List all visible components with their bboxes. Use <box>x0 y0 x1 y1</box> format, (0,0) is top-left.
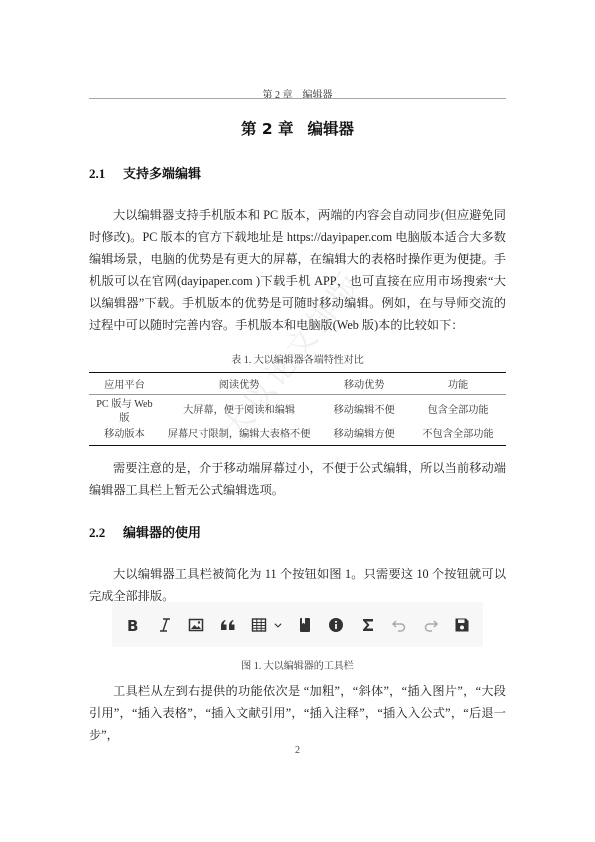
paragraph-toolbar-description: 工具栏从左到右提供的功能依次是 “加粗”，“斜体”，“插入图片”，“大段引用”，… <box>89 680 506 746</box>
insert-table-button[interactable] <box>248 614 270 636</box>
insert-formula-button[interactable] <box>357 614 379 636</box>
table-header: 移动优势 <box>318 373 410 395</box>
section-heading-2-2: 2.2编辑器的使用 <box>89 522 201 541</box>
blockquote-button[interactable] <box>217 614 239 636</box>
table-cell: 大屏幕，便于阅读和编辑 <box>160 395 318 428</box>
image-icon <box>188 617 204 633</box>
table-row: 移动版本 屏幕尺寸限制，编辑大表格不便 移动编辑方便 不包含全部功能 <box>89 427 506 446</box>
section-number: 2.1 <box>89 166 123 182</box>
paragraph-toolbar-intro: 大以编辑器工具栏被简化为 11 个按钮如图 1。只需要这 10 个按钮就可以完成… <box>89 563 506 607</box>
table-cell: PC 版与 Web 版 <box>89 395 160 428</box>
table-cell: 屏幕尺寸限制，编辑大表格不便 <box>160 427 318 446</box>
table-caption: 表 1. 大以编辑器各端特性对比 <box>0 351 595 366</box>
quote-icon <box>220 617 236 633</box>
table-header: 阅读优势 <box>160 373 318 395</box>
table-dropdown-button[interactable] <box>272 614 284 636</box>
figure-caption: 图 1. 大以编辑器的工具栏 <box>0 657 595 672</box>
page-number: 2 <box>0 745 595 756</box>
table-cell: 移动编辑不便 <box>318 395 410 428</box>
italic-button[interactable] <box>154 614 176 636</box>
insert-citation-button[interactable] <box>294 614 316 636</box>
table-header: 应用平台 <box>89 373 160 395</box>
svg-text:B: B <box>127 617 138 633</box>
chapter-number: 第 2 章 <box>241 120 294 138</box>
section-heading-2-1: 2.1支持多端编辑 <box>89 163 201 182</box>
table-cell: 移动编辑方便 <box>318 427 410 446</box>
italic-icon <box>157 617 173 633</box>
undo-button[interactable] <box>388 614 410 636</box>
section-title: 编辑器的使用 <box>123 526 201 541</box>
insert-image-button[interactable] <box>185 614 207 636</box>
table-cell: 移动版本 <box>89 427 160 446</box>
save-button[interactable] <box>451 614 473 636</box>
chapter-title: 第 2 章编辑器 <box>0 117 595 139</box>
undo-icon <box>391 617 407 633</box>
save-icon <box>454 617 470 633</box>
paragraph-intro: 大以编辑器支持手机版本和 PC 版本，两端的内容会自动同步(但应避免同时修改)。… <box>89 204 506 336</box>
bold-button[interactable]: B <box>122 614 144 636</box>
comparison-table: 应用平台 阅读优势 移动优势 功能 PC 版与 Web 版 大屏幕，便于阅读和编… <box>89 372 506 446</box>
redo-icon <box>423 617 439 633</box>
info-icon <box>328 617 344 633</box>
redo-button[interactable] <box>420 614 442 636</box>
bold-icon: B <box>125 617 141 633</box>
book-icon <box>297 617 313 633</box>
table-cell: 包含全部功能 <box>410 395 506 428</box>
sigma-icon <box>360 617 376 633</box>
insert-note-button[interactable] <box>325 614 347 636</box>
editor-toolbar-figure: B <box>112 602 483 647</box>
table-icon <box>251 617 267 633</box>
section-number: 2.2 <box>89 525 123 541</box>
table-row: PC 版与 Web 版 大屏幕，便于阅读和编辑 移动编辑不便 包含全部功能 <box>89 395 506 428</box>
section-title: 支持多端编辑 <box>123 167 201 182</box>
table-header: 功能 <box>410 373 506 395</box>
chevron-down-icon <box>273 620 283 630</box>
chapter-name: 编辑器 <box>308 120 355 138</box>
paragraph-note: 需要注意的是，介于移动端屏幕过小，不便于公式编辑，所以当前移动端编辑器工具栏上暂… <box>89 457 506 501</box>
header-rule <box>89 98 506 99</box>
table-cell: 不包含全部功能 <box>410 427 506 446</box>
table-header-row: 应用平台 阅读优势 移动优势 功能 <box>89 373 506 395</box>
